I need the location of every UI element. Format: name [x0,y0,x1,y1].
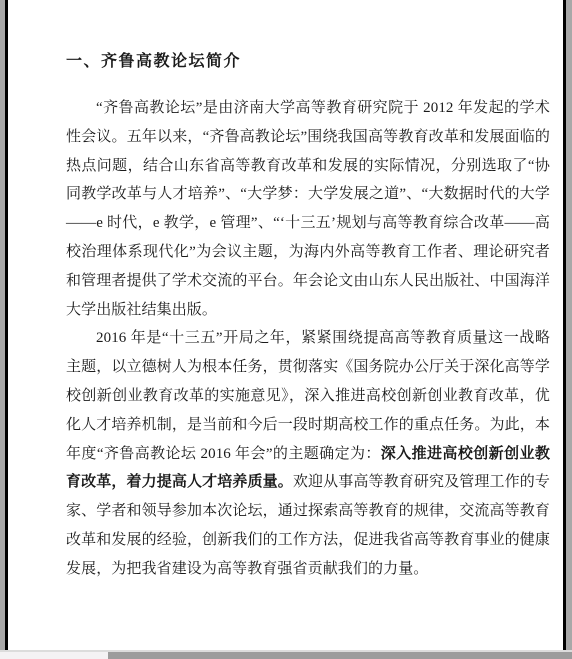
horizontal-scrollbar[interactable] [0,650,572,659]
section-heading: 一、齐鲁高教论坛简介 [66,52,550,72]
scrollbar-thumb[interactable] [0,652,108,659]
page-content: 一、齐鲁高教论坛简介 “齐鲁高教论坛”是由济南大学高等教育研究院于 2012 年… [66,0,550,584]
paragraph-2016-theme-lead: 2016 年是“十三五”开局之年，紧紧围绕提高高等教育质量这一战略主题，以立德树… [66,330,550,461]
document-page: 一、齐鲁高教论坛简介 “齐鲁高教论坛”是由济南大学高等教育研究院于 2012 年… [5,0,566,650]
document-viewer: { "document": { "heading": "一、齐鲁高教论坛简介",… [0,0,572,659]
paragraph-forum-intro: “齐鲁高教论坛”是由济南大学高等教育研究院于 2012 年发起的学术性会议。五年… [66,94,550,324]
scrollbar-track[interactable] [0,652,572,659]
paragraph-2016-theme: 2016 年是“十三五”开局之年，紧紧围绕提高高等教育质量这一战略主题，以立德树… [66,324,550,583]
body-text: “齐鲁高教论坛”是由济南大学高等教育研究院于 2012 年发起的学术性会议。五年… [66,94,550,584]
